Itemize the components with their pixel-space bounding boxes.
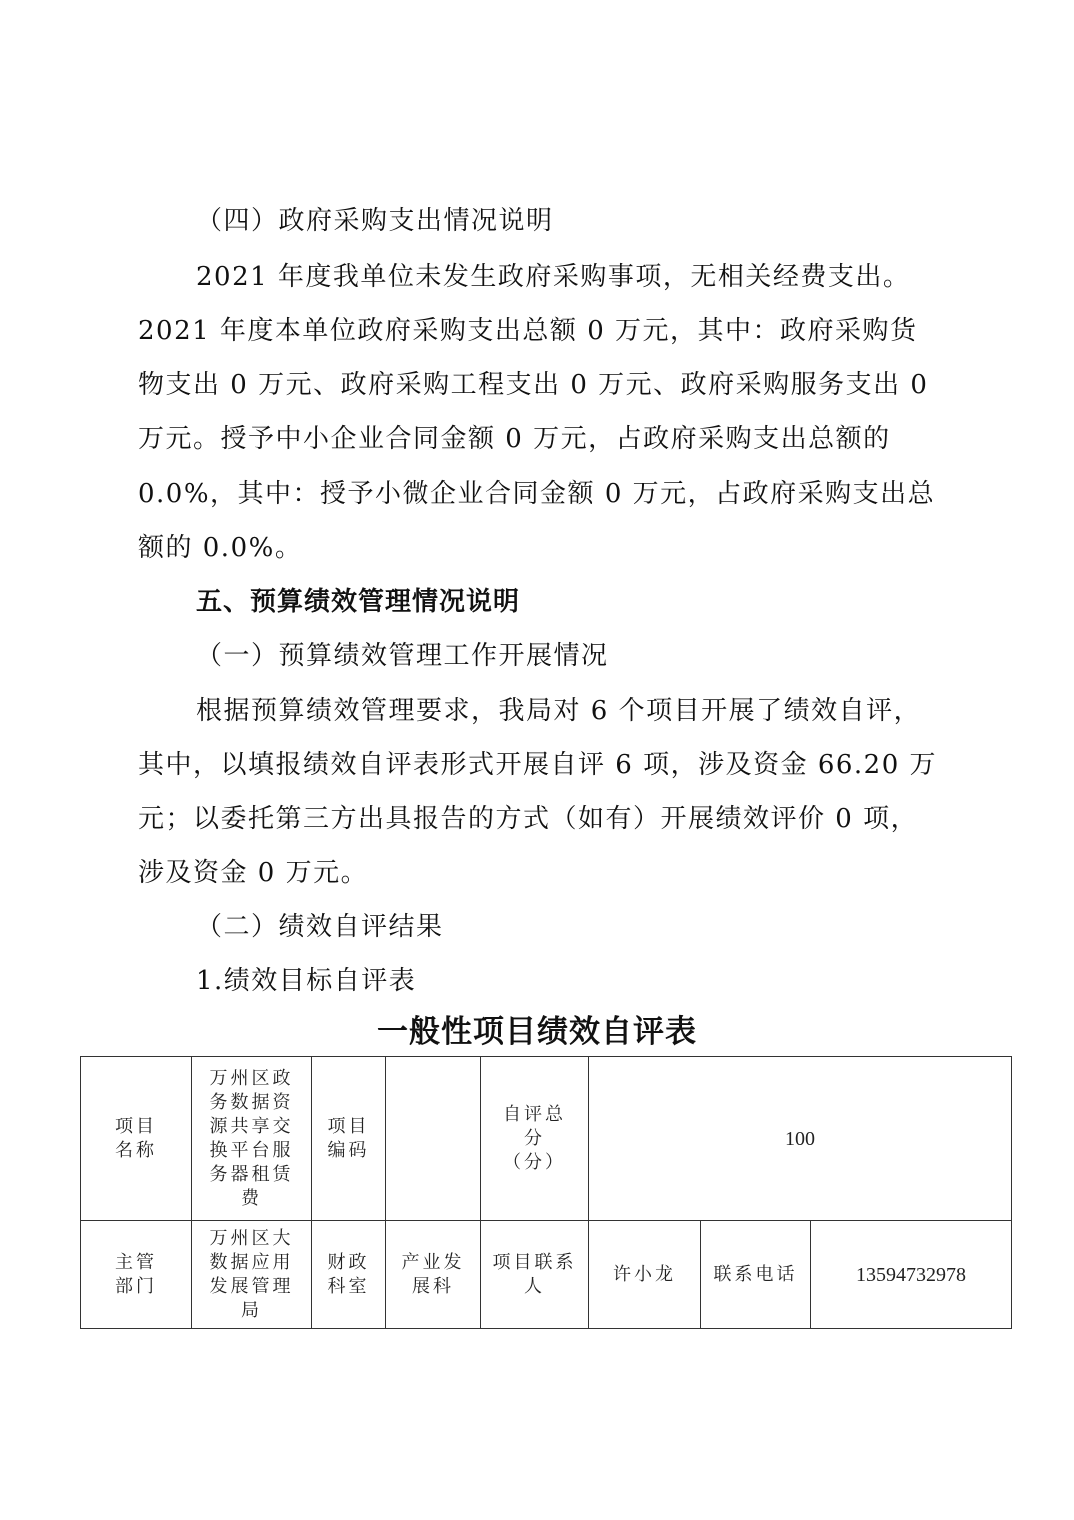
subheading-procurement: （四）政府采购支出情况说明 <box>196 206 554 236</box>
finance-office-label: 财政科室 <box>312 1221 386 1329</box>
paragraph-line: 万元。授予中小企业合同金额 0 万元，占政府采购支出总额的 <box>138 424 891 454</box>
table-row: 主管部门 万州区大数据应用发展管理局 财政科室 产业发展科 项目联系人 许小龙 … <box>81 1221 1012 1329</box>
score-label: 自评总分（分） <box>481 1057 589 1221</box>
paragraph-line: 物支出 0 万元、政府采购工程支出 0 万元、政府采购服务支出 0 <box>138 370 928 400</box>
table-title: 一般性项目绩效自评表 <box>0 1012 1074 1052</box>
table-row: 项目名称 万州区政务数据资源共享交换平台服务器租赁费 项目编码 自评总分（分） … <box>81 1057 1012 1221</box>
phone-label: 联系电话 <box>701 1221 811 1329</box>
paragraph-line: 其中，以填报绩效自评表形式开展自评 6 项，涉及资金 66.20 万 <box>138 750 937 780</box>
paragraph-line: 根据预算绩效管理要求，我局对 6 个项目开展了绩效自评， <box>196 696 921 726</box>
paragraph-line: 0.0%，其中：授予小微企业合同金额 0 万元，占政府采购支出总 <box>138 479 935 509</box>
self-eval-table: 项目名称 万州区政务数据资源共享交换平台服务器租赁费 项目编码 自评总分（分） … <box>80 1056 1012 1329</box>
paragraph-line: 元；以委托第三方出具报告的方式（如有）开展绩效评价 0 项， <box>138 804 918 834</box>
dept-value: 万州区大数据应用发展管理局 <box>192 1221 312 1329</box>
paragraph-line: 2021 年度本单位政府采购支出总额 0 万元，其中：政府采购货 <box>138 316 918 346</box>
contact-value: 许小龙 <box>589 1221 701 1329</box>
finance-office-value: 产业发展科 <box>386 1221 481 1329</box>
subheading-performance-work: （一）预算绩效管理工作开展情况 <box>196 641 609 671</box>
paragraph-line: 2021 年度我单位未发生政府采购事项，无相关经费支出。 <box>196 262 910 292</box>
project-code-value <box>386 1057 481 1221</box>
subheading-self-eval-results: （二）绩效自评结果 <box>196 912 444 942</box>
phone-value: 13594732978 <box>811 1221 1012 1329</box>
score-value: 100 <box>589 1057 1012 1221</box>
contact-label: 项目联系人 <box>481 1221 589 1329</box>
project-name-label: 项目名称 <box>81 1057 192 1221</box>
subheading-goal-table: 1.绩效目标自评表 <box>196 966 416 996</box>
project-name-value: 万州区政务数据资源共享交换平台服务器租赁费 <box>192 1057 312 1221</box>
paragraph-line: 涉及资金 0 万元。 <box>138 858 368 888</box>
dept-label: 主管部门 <box>81 1221 192 1329</box>
section-heading-performance: 五、预算绩效管理情况说明 <box>196 587 520 617</box>
paragraph-line: 额的 0.0%。 <box>138 533 302 563</box>
project-code-label: 项目编码 <box>312 1057 386 1221</box>
